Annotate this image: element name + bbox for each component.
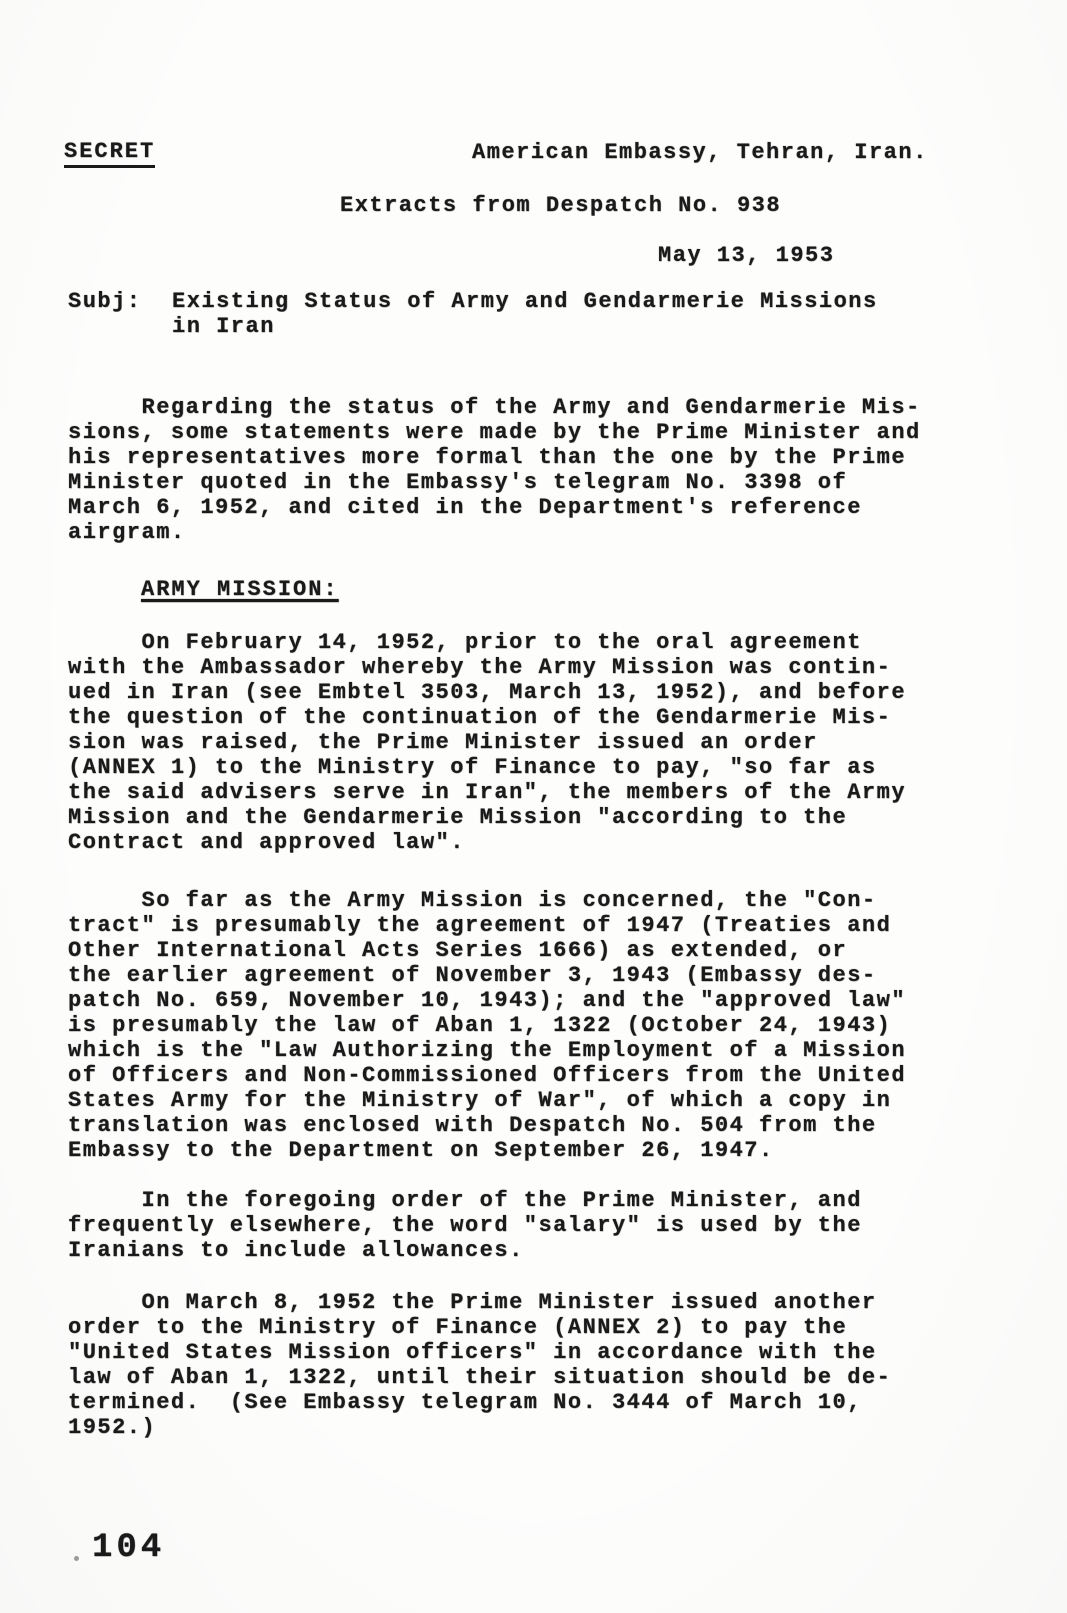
scan-speck — [74, 1556, 79, 1561]
despatch-date: May 13, 1953 — [658, 243, 834, 268]
page-number: 104 — [92, 1528, 165, 1568]
document-page: SECRET American Embassy, Tehran, Iran. E… — [0, 0, 1067, 1613]
paragraph-contract-law: So far as the Army Mission is concerned,… — [68, 888, 906, 1163]
embassy-origin: American Embassy, Tehran, Iran. — [472, 140, 928, 165]
subject-text: Existing Status of Army and Gendarmerie … — [172, 289, 878, 339]
paragraph-march-order: On March 8, 1952 the Prime Minister issu… — [68, 1290, 891, 1440]
subject-label: Subj: — [68, 289, 142, 314]
classification-label: SECRET — [64, 139, 155, 168]
despatch-title: Extracts from Despatch No. 938 — [340, 193, 781, 218]
paragraph-salary-note: In the foregoing order of the Prime Mini… — [68, 1188, 862, 1263]
paragraph-intro: Regarding the status of the Army and Gen… — [68, 395, 921, 545]
section-heading-army-mission: ARMY MISSION: — [141, 577, 339, 602]
paragraph-february-order: On February 14, 1952, prior to the oral … — [68, 630, 906, 855]
